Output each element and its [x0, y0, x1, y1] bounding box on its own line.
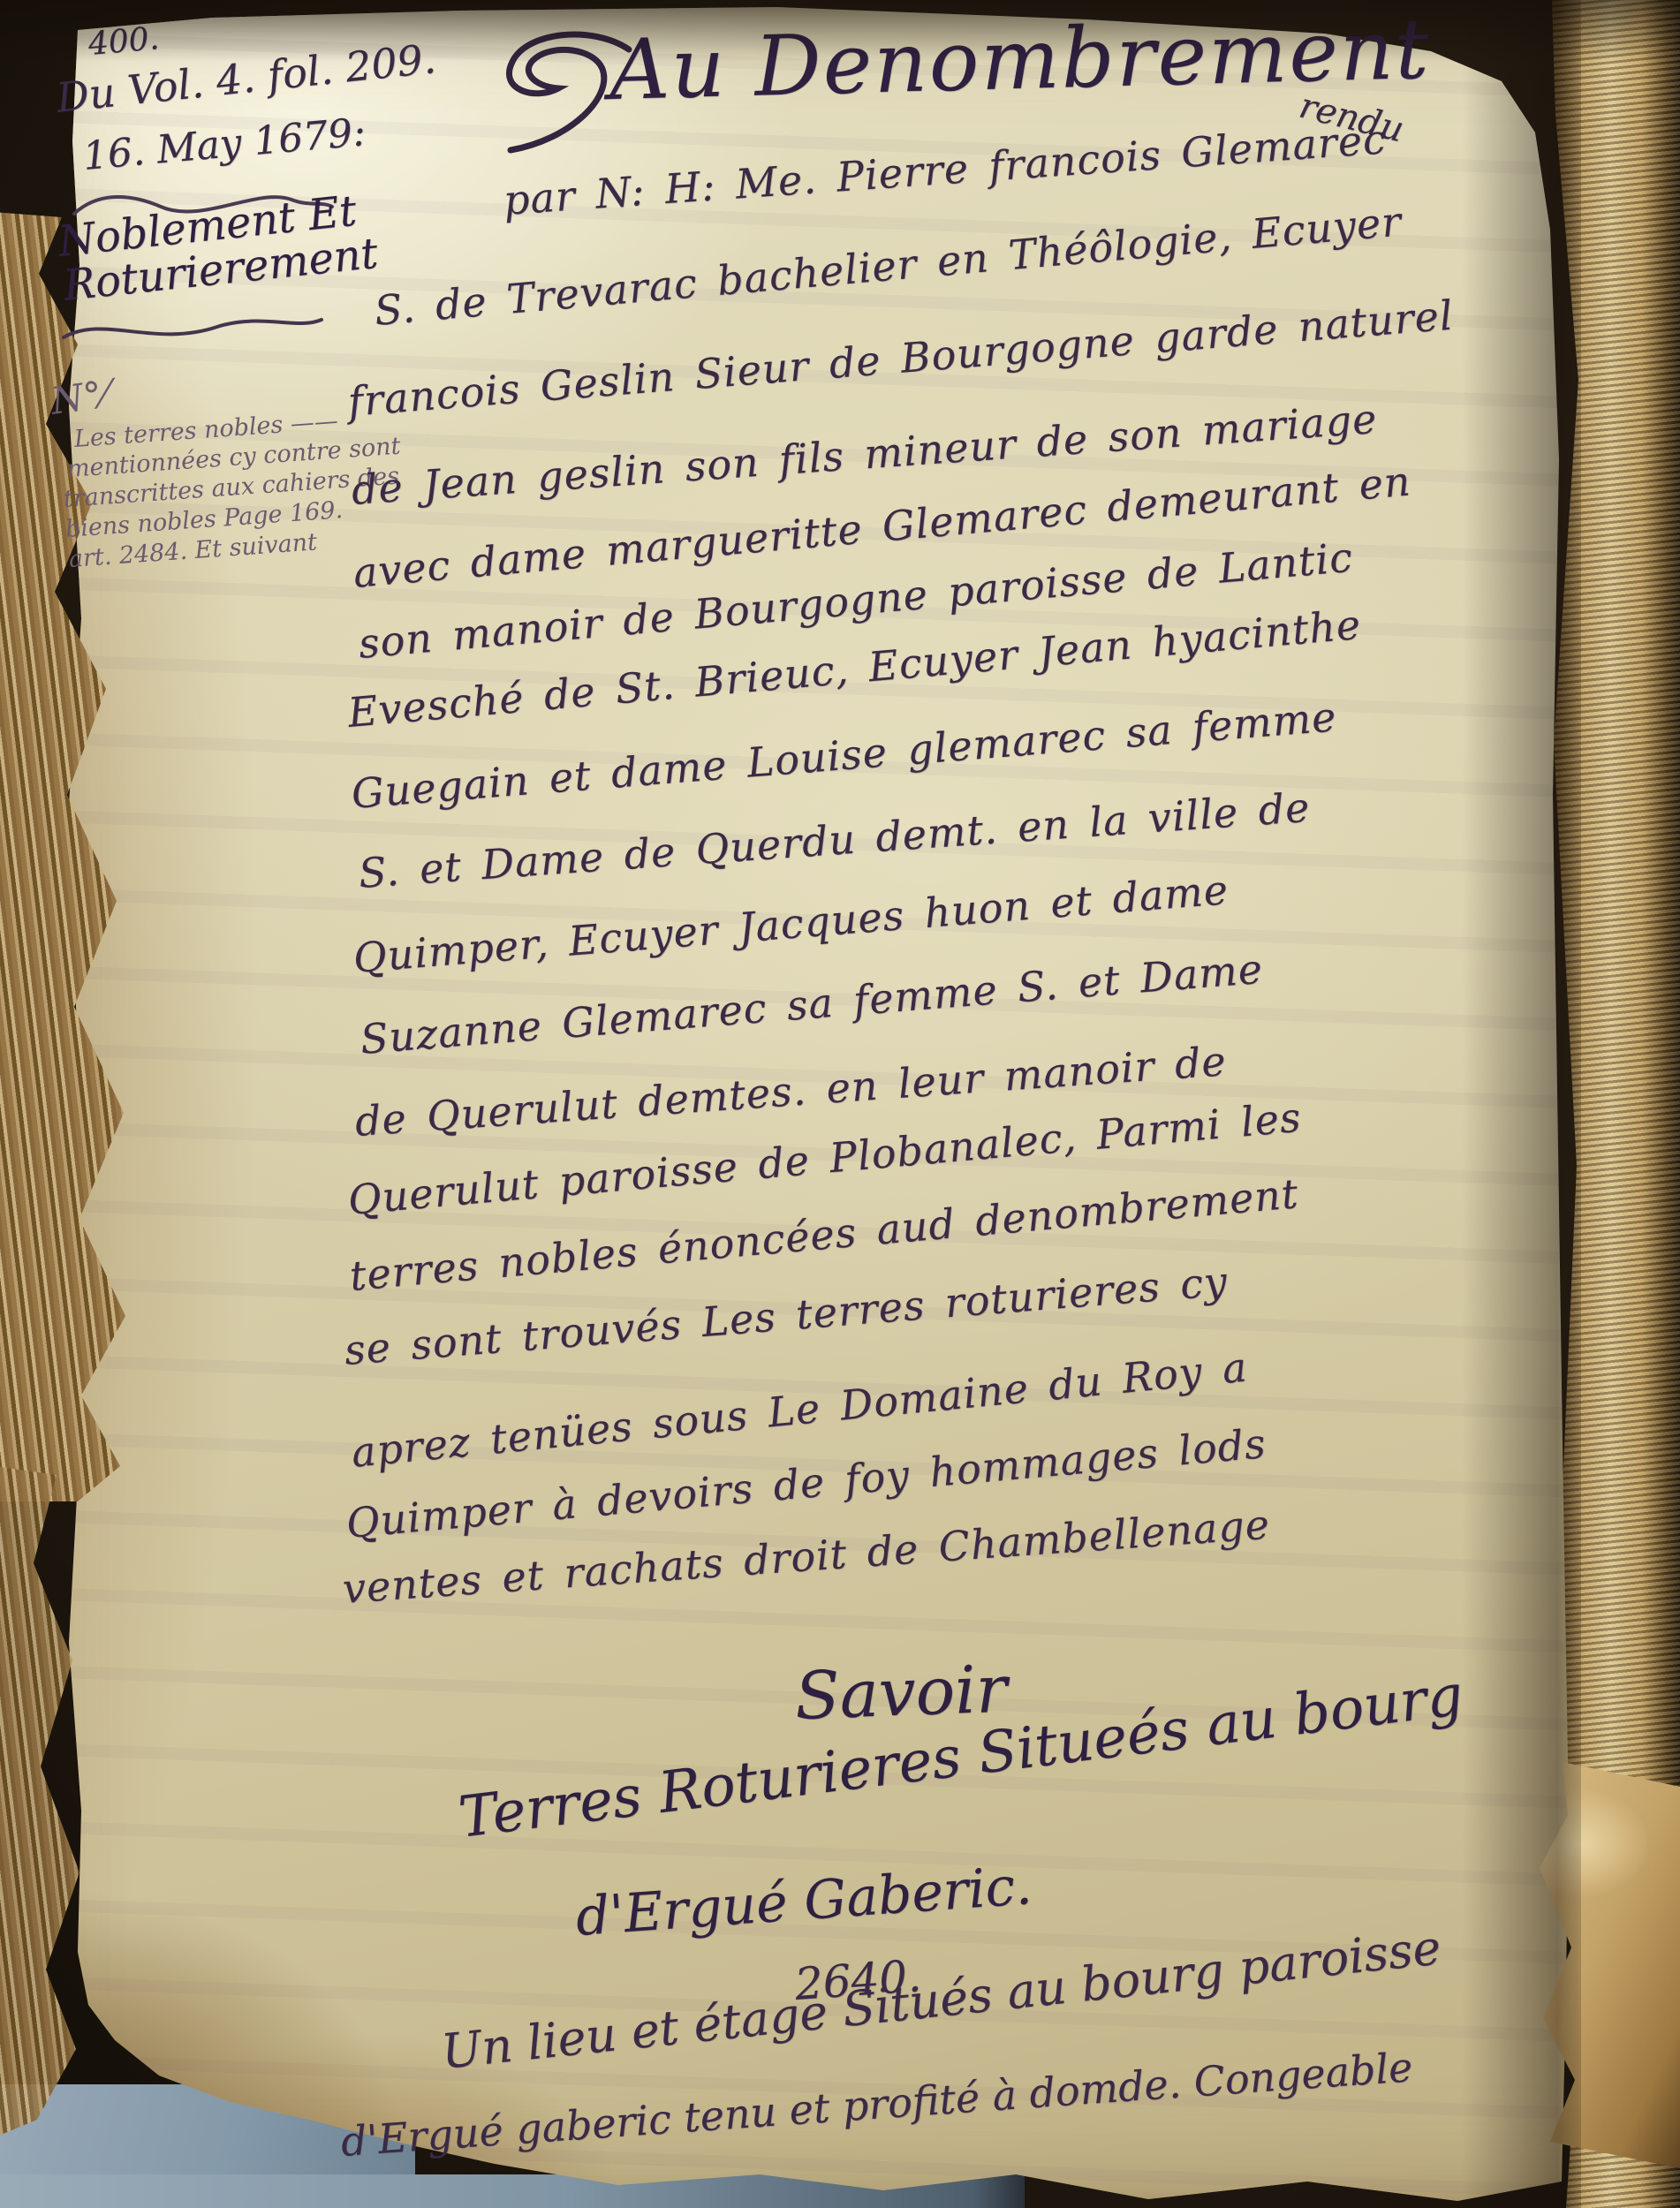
margin-heading-flourish — [57, 311, 330, 353]
page-number: 400. — [87, 20, 160, 63]
margin-note-numero: N°⁄ — [49, 372, 111, 423]
manuscript-photo: 400. Du Vol. 4. fol. 209. 16. May 1679: … — [0, 0, 1680, 2208]
